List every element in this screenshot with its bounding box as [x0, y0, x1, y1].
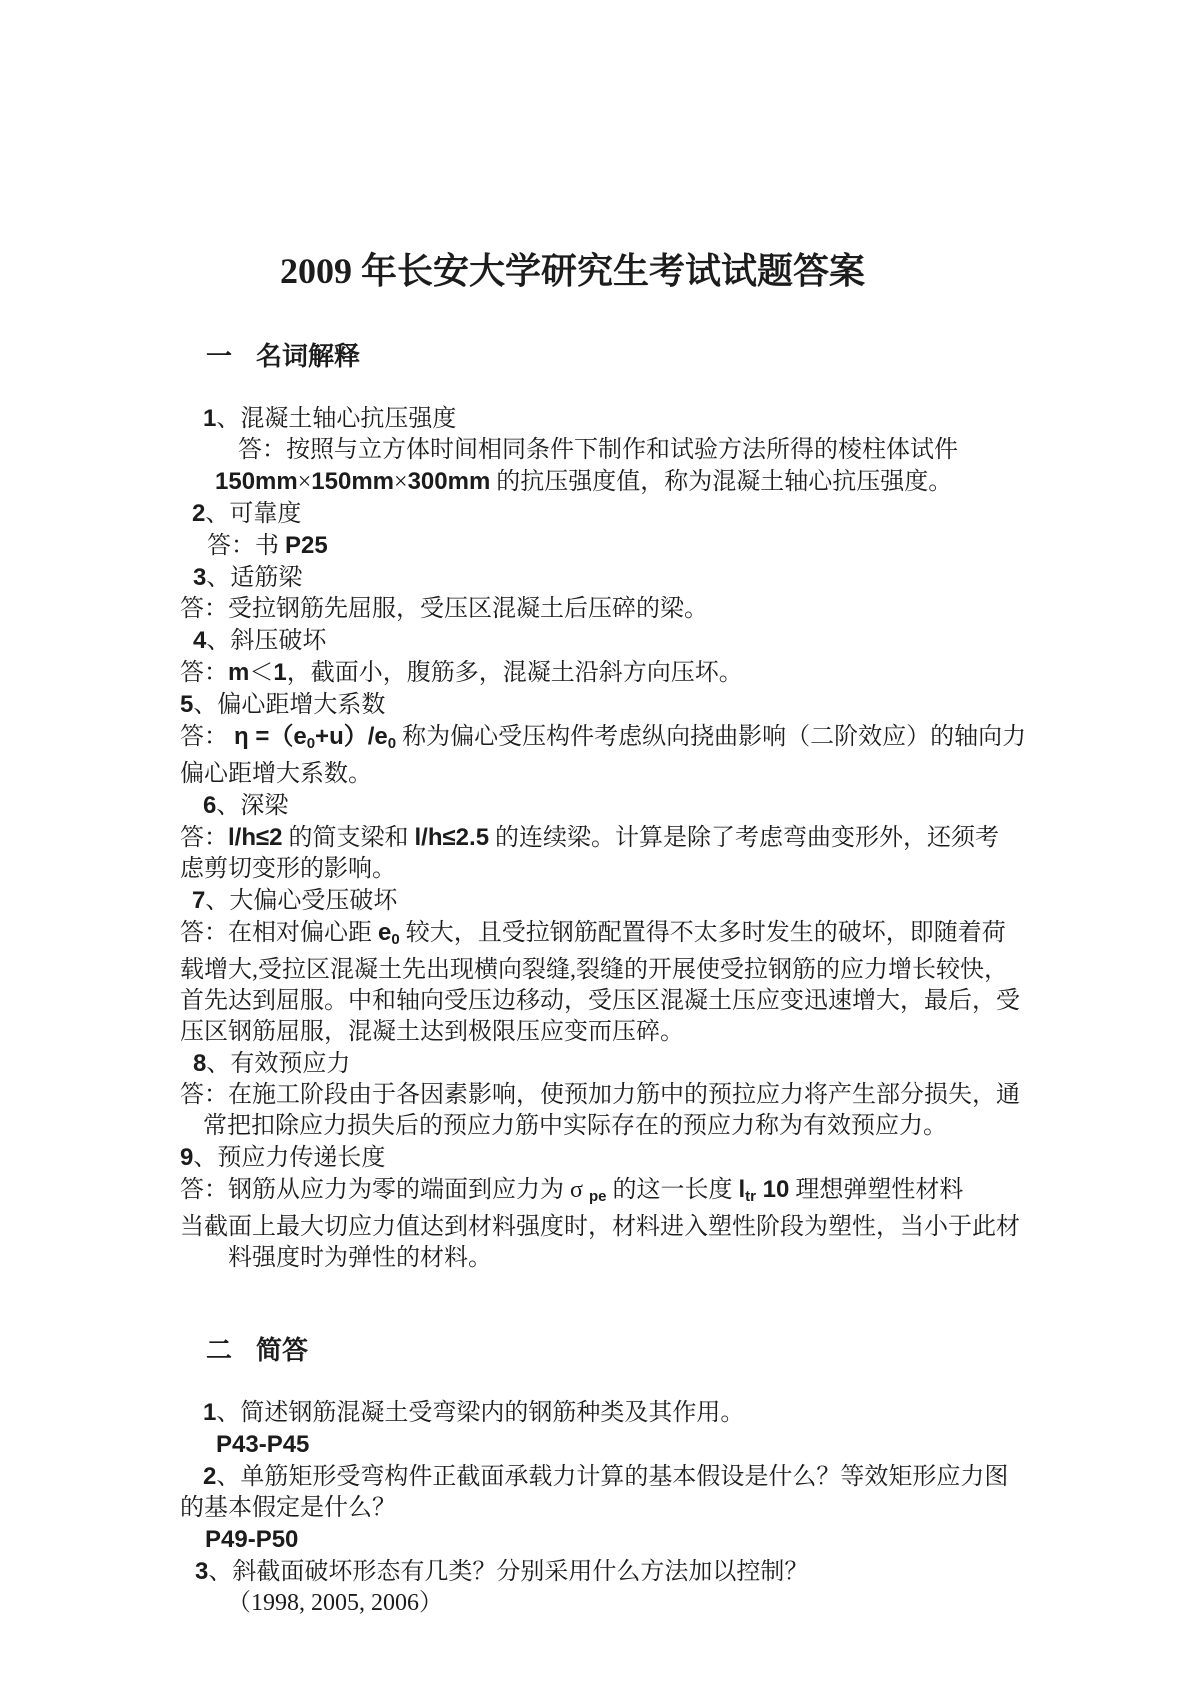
- text-segment: 常把扣除应力损失后的预应力筋中实际存在的预应力称为有效预应力。: [203, 1113, 947, 1139]
- document-title: 2009 年长安大学研究生考试试题答案: [280, 250, 1050, 292]
- line-answer: 答：m＜1，截面小，腹筋多，混凝土沿斜方向压坏。: [180, 657, 1050, 689]
- text-segment: 10: [756, 1176, 789, 1203]
- text-segment: 2: [192, 500, 205, 527]
- text-segment: 的连续梁。计算是除了考虑弯曲变形外，还须考: [489, 825, 999, 851]
- text-segment: P43-P45: [216, 1431, 309, 1458]
- text-segment: 的简支梁和: [283, 825, 415, 851]
- text-segment: 、简述钢筋混凝土受弯梁内的钢筋种类及其作用。: [216, 1400, 744, 1426]
- line-answer: 答：受拉钢筋先屈服，受压区混凝土后压碎的梁。: [180, 594, 1050, 625]
- text-segment: 2: [203, 1463, 216, 1490]
- text-segment: 7: [192, 887, 205, 914]
- document-page: 2009 年长安大学研究生考试试题答案 一名词解释 1、混凝土轴心抗压强度答：按…: [0, 0, 1190, 1683]
- section-1-heading: 一名词解释: [180, 310, 1050, 403]
- line-cont: 的基本假定是什么？: [180, 1493, 1050, 1524]
- line-answer: 答：按照与立方体时间相同条件下制作和试验方法所得的棱柱体试件: [180, 435, 1050, 466]
- line-item: 1、混凝土轴心抗压强度: [180, 403, 1050, 435]
- line-item: 2、单筋矩形受弯构件正截面承载力计算的基本假设是什么？等效矩形应力图: [180, 1461, 1050, 1493]
- text-segment: 答：书: [207, 533, 285, 559]
- text-segment: 虑剪切变形的影响。: [180, 856, 396, 882]
- text-segment: 理想弹塑性材料: [789, 1177, 963, 1203]
- text-segment: 当截面上最大切应力值达到材料强度时，材料进入塑性阶段为塑性，当小于此材: [180, 1214, 1020, 1240]
- line-cont: 150mm×150mm×300mm 的抗压强度值，称为混凝土轴心抗压强度。: [180, 466, 1050, 498]
- text-segment: 5: [180, 691, 193, 718]
- line-item: 9、预应力传递长度: [180, 1142, 1050, 1174]
- line-cont: 虑剪切变形的影响。: [180, 854, 1050, 885]
- section-2-body: 1、简述钢筋混凝土受弯梁内的钢筋种类及其作用。P43-P452、单筋矩形受弯构件…: [180, 1397, 1050, 1619]
- text-segment: 答：钢筋从应力为零的端面到应力为 σ: [180, 1177, 589, 1203]
- section-number: 二: [206, 1336, 232, 1365]
- subscript-text: 0: [391, 931, 399, 948]
- text-segment: 6: [203, 792, 216, 819]
- text-segment: m: [228, 659, 249, 686]
- text-segment: 答：: [180, 660, 228, 686]
- text-segment: 载增大,受拉区混凝土先出现横向裂缝,裂缝的开展使受拉钢筋的应力增长较快，: [180, 957, 1008, 983]
- text-segment: e: [378, 919, 391, 946]
- text-segment: P49-P50: [205, 1526, 298, 1553]
- text-segment: 、大偏心受压破坏: [205, 888, 397, 914]
- line-cont: 载增大,受拉区混凝土先出现横向裂缝,裂缝的开展使受拉钢筋的应力增长较快，: [180, 955, 1050, 986]
- text-segment: 、偏心距增大系数: [193, 692, 385, 718]
- text-segment: l/h≤2.5: [415, 824, 490, 851]
- text-segment: 3: [193, 564, 206, 591]
- subscript-text: 0: [307, 735, 315, 752]
- text-segment: 答：: [180, 724, 234, 750]
- text-segment: 较大，且受拉钢筋配置得不太多时发生的破坏，即随着荷: [400, 920, 1006, 946]
- text-segment: 的这一长度: [606, 1177, 738, 1203]
- line-cont: 压区钢筋屈服，混凝土达到极限压应变而压碎。: [180, 1017, 1050, 1048]
- text-segment: 3: [195, 1558, 208, 1585]
- line-answer: 答：书 P25: [180, 530, 1050, 562]
- text-segment: 150mm: [215, 468, 298, 495]
- text-segment: 答：按照与立方体时间相同条件下制作和试验方法所得的棱柱体试件: [238, 437, 958, 463]
- line-item: 8、有效预应力: [180, 1048, 1050, 1080]
- text-segment: 4: [193, 627, 206, 654]
- line-ref: P49-P50: [180, 1524, 1050, 1556]
- line-item: 7、大偏心受压破坏: [180, 885, 1050, 917]
- text-segment: 答：受拉钢筋先屈服，受压区混凝土后压碎的梁。: [180, 596, 708, 622]
- text-segment: 、有效预应力: [206, 1051, 350, 1077]
- line-item: 1、简述钢筋混凝土受弯梁内的钢筋种类及其作用。: [180, 1397, 1050, 1429]
- line-answer: 答： η =（e0+u）/e0 称为偏心受压构件考虑纵向挠曲影响（二阶效应）的轴…: [180, 721, 1050, 759]
- text-segment: 料强度时为弹性的材料。: [228, 1245, 492, 1271]
- line-item: 4、斜压破坏: [180, 625, 1050, 657]
- text-segment: ×: [394, 469, 408, 495]
- text-segment: ＜: [249, 660, 273, 686]
- text-segment: 偏心距增大系数。: [180, 761, 372, 787]
- text-segment: 首先达到屈服。中和轴向受压边移动，受压区混凝土压应变迅速增大，最后，受: [180, 988, 1020, 1014]
- text-segment: 、斜压破坏: [206, 628, 326, 654]
- line-cont: 首先达到屈服。中和轴向受压边移动，受压区混凝土压应变迅速增大，最后，受: [180, 986, 1050, 1017]
- text-segment: 答：: [180, 825, 228, 851]
- text-segment: 、深梁: [216, 793, 288, 819]
- line-cont: 偏心距增大系数。: [180, 759, 1050, 790]
- text-segment: 压区钢筋屈服，混凝土达到极限压应变而压碎。: [180, 1019, 684, 1045]
- text-segment: 答：在相对偏心距: [180, 920, 378, 946]
- line-ref: （1998, 2005, 2006）: [180, 1588, 1050, 1619]
- text-segment: 、斜截面破坏形态有几类？分别采用什么方法加以控制？: [208, 1559, 808, 1585]
- text-segment: （1998, 2005, 2006）: [227, 1590, 443, 1616]
- text-segment: 、预应力传递长度: [193, 1145, 385, 1171]
- text-segment: 1: [273, 659, 286, 686]
- text-segment: 、适筋梁: [206, 565, 302, 591]
- text-segment: 1: [203, 405, 216, 432]
- line-item: 6、深梁: [180, 790, 1050, 822]
- subscript-text: 0: [388, 735, 396, 752]
- line-cont: 料强度时为弹性的材料。: [180, 1243, 1050, 1274]
- text-segment: ，截面小，腹筋多，混凝土沿斜方向压坏。: [287, 660, 743, 686]
- line-answer: 答：钢筋从应力为零的端面到应力为 σ pe 的这一长度 ltr 10 理想弹塑性…: [180, 1174, 1050, 1212]
- text-segment: 8: [193, 1050, 206, 1077]
- line-cont: 常把扣除应力损失后的预应力筋中实际存在的预应力称为有效预应力。: [180, 1111, 1050, 1142]
- text-segment: 的抗压强度值，称为混凝土轴心抗压强度。: [490, 469, 952, 495]
- section-title: 简答: [256, 1336, 308, 1365]
- text-segment: 称为偏心受压构件考虑纵向挠曲影响（二阶效应）的轴向力: [396, 724, 1026, 750]
- line-answer: 答：l/h≤2 的简支梁和 l/h≤2.5 的连续梁。计算是除了考虑弯曲变形外，…: [180, 822, 1050, 854]
- text-segment: 9: [180, 1144, 193, 1171]
- text-segment: η =（e: [234, 723, 307, 750]
- text-segment: 、可靠度: [205, 501, 301, 527]
- subscript-text: tr: [745, 1188, 756, 1205]
- text-segment: ×: [298, 469, 312, 495]
- line-cont: 当截面上最大切应力值达到材料强度时，材料进入塑性阶段为塑性，当小于此材: [180, 1212, 1050, 1243]
- line-item: 2、可靠度: [180, 498, 1050, 530]
- line-item: 5、偏心距增大系数: [180, 689, 1050, 721]
- text-segment: 300mm: [408, 468, 491, 495]
- section-title: 名词解释: [256, 342, 360, 371]
- text-segment: 答：在施工阶段由于各因素影响，使预加力筋中的预拉应力将产生部分损失，通: [180, 1082, 1020, 1108]
- line-answer: 答：在相对偏心距 e0 较大，且受拉钢筋配置得不太多时发生的破坏，即随着荷: [180, 917, 1050, 955]
- section-1-body: 1、混凝土轴心抗压强度答：按照与立方体时间相同条件下制作和试验方法所得的棱柱体试…: [180, 403, 1050, 1274]
- text-segment: 、单筋矩形受弯构件正截面承载力计算的基本假设是什么？等效矩形应力图: [216, 1464, 1008, 1490]
- line-answer: 答：在施工阶段由于各因素影响，使预加力筋中的预拉应力将产生部分损失，通: [180, 1080, 1050, 1111]
- line-item: 3、适筋梁: [180, 562, 1050, 594]
- text-segment: P25: [285, 532, 328, 559]
- text-segment: l/h≤2: [228, 824, 283, 851]
- subscript-text: pe: [589, 1188, 607, 1205]
- section-2-heading: 二简答: [180, 1304, 1050, 1397]
- text-segment: +u）/e: [315, 723, 388, 750]
- text-segment: 、混凝土轴心抗压强度: [216, 406, 456, 432]
- line-ref: P43-P45: [180, 1429, 1050, 1461]
- text-segment: 1: [203, 1399, 216, 1426]
- text-segment: 150mm: [311, 468, 394, 495]
- line-item: 3、斜截面破坏形态有几类？分别采用什么方法加以控制？: [180, 1556, 1050, 1588]
- text-segment: 的基本假定是什么？: [180, 1495, 396, 1521]
- section-number: 一: [206, 342, 232, 371]
